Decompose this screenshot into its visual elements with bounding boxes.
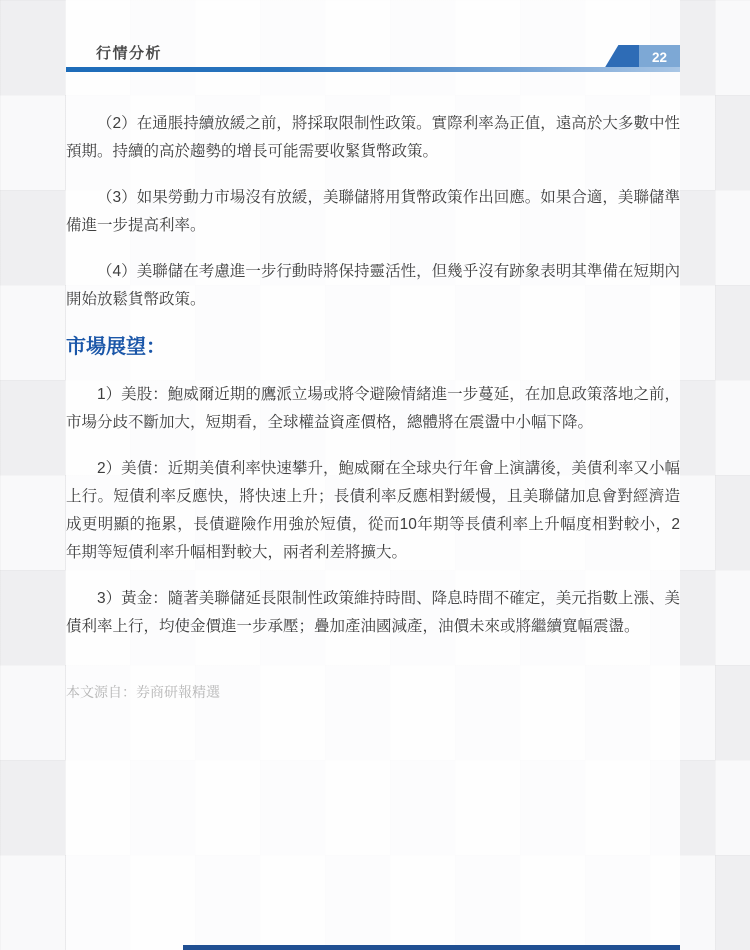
header-divider-line	[66, 67, 680, 72]
section-heading-market-outlook: 市場展望：	[66, 334, 680, 360]
next-page-edge-bar	[183, 945, 680, 950]
policy-point-3: （3）如果勞動力市場沒有放緩，美聯儲將用貨幣政策作出回應。如果合適，美聯儲準備進…	[66, 184, 680, 240]
policy-point-2: （2）在通脹持續放緩之前，將採取限制性政策。實際利率為正值，遠高於大多數中性預期…	[66, 110, 680, 166]
page-title: 行情分析	[96, 42, 162, 63]
document-page: 行情分析 22 （2）在通脹持續放緩之前，將採取限制性政策。實際利率為正值，遠高…	[66, 0, 680, 950]
outlook-point-gold: 3）黃金：隨著美聯儲延長限制性政策維持時間、降息時間不確定，美元指數上漲、美債利…	[66, 585, 680, 641]
badge-slant-decoration	[604, 45, 640, 69]
source-attribution: 本文源自：券商研報精選	[66, 678, 680, 706]
page-number-badge: 22	[604, 45, 680, 69]
page-header: 行情分析 22	[66, 0, 680, 73]
policy-point-4: （4）美聯儲在考慮進一步行動時將保持靈活性，但幾乎沒有跡象表明其準備在短期內開始…	[66, 258, 680, 314]
page-background: 行情分析 22 （2）在通脹持續放緩之前，將採取限制性政策。實際利率為正值，遠高…	[0, 0, 750, 950]
outlook-point-us-bonds: 2）美債：近期美債利率快速攀升，鮑威爾在全球央行年會上演講後，美債利率又小幅上行…	[66, 455, 680, 567]
page-number: 22	[639, 45, 680, 69]
outlook-point-us-stocks: 1）美股：鮑威爾近期的鷹派立場或將令避險情緒進一步蔓延，在加息政策落地之前，市場…	[66, 381, 680, 437]
document-body: （2）在通脹持續放緩之前，將採取限制性政策。實際利率為正值，遠高於大多數中性預期…	[66, 73, 680, 706]
